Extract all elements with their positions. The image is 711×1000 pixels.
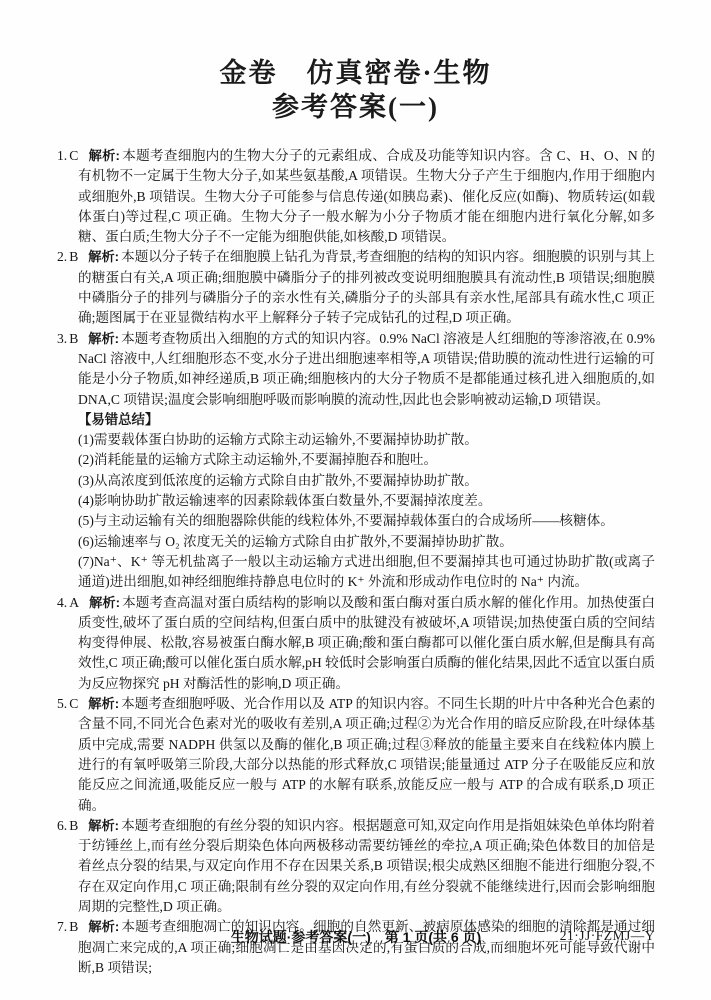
answer-item-6: 6.B解析:本题考查细胞的有丝分裂的知识内容。根据题意可知,双定向作用是指姐妹染… (57, 816, 655, 917)
analysis-label: 解析: (88, 696, 119, 711)
page-header: 金卷 仿真密卷·生物 参考答案(一) (0, 0, 711, 125)
answer-item-2: 2.B解析:本题以分子转子在细胞膜上钻孔为背景,考查细胞的结构的知识内容。细胞膜… (57, 247, 655, 328)
analysis-text: 本题以分子转子在细胞膜上钻孔为背景,考查细胞的结构的知识内容。细胞膜的识别与其上… (78, 249, 655, 325)
analysis-text: 本题考查高温对蛋白质结构的影响以及酸和蛋白酶对蛋白质水解的催化作用。加热使蛋白质… (78, 595, 655, 691)
analysis-label: 解析: (88, 331, 119, 346)
question-number: 3. (57, 331, 67, 346)
answer-letter: B (69, 249, 78, 264)
answer-item-3: 3.B解析:本题考查物质出入细胞的方式的知识内容。0.9% NaCl 溶液是人红… (57, 329, 655, 410)
question-number: 5. (57, 696, 67, 711)
analysis-text: 本题考查细胞的有丝分裂的知识内容。根据题意可知,双定向作用是指姐妹染色单体均附着… (78, 818, 655, 914)
footer-page-label: 第 1 页(共 6 页) (385, 929, 481, 945)
answer-item-5: 5.C解析:本题考查细胞呼吸、光合作用以及 ATP 的知识内容。不同生长期的叶片… (57, 694, 655, 816)
error-summary-line-2: (2)消耗能量的运输方式除主动运输外,不要漏掉胞吞和胞吐。 (78, 450, 655, 470)
analysis-text: 本题考查物质出入细胞的方式的知识内容。0.9% NaCl 溶液是人红细胞的等渗溶… (78, 331, 655, 407)
answers-content: 1.C解析:本题考查细胞内的生物大分子的元素组成、合成及功能等知识内容。含 C、… (57, 146, 655, 978)
question-number: 2. (57, 249, 67, 264)
page-footer: 生物试题·参考答案(一)第 1 页(共 6 页) 21·JJ·FZMJ—Y (57, 927, 655, 949)
analysis-label: 解析: (88, 818, 119, 833)
error-summary-line-1: (1)需要载体蛋白协助的运输方式除主动运输外,不要漏掉协助扩散。 (78, 430, 655, 450)
answer-letter: B (69, 818, 78, 833)
page-title-line1: 金卷 仿真密卷·生物 (0, 56, 711, 90)
answer-letter: C (69, 148, 78, 163)
error-summary: 【易错总结】 (1)需要载体蛋白协助的运输方式除主动运输外,不要漏掉协助扩散。 … (78, 410, 655, 593)
error-summary-line-6: (6)运输速率与 O₂ 浓度无关的运输方式除自由扩散外,不要漏掉协助扩散。 (78, 532, 655, 552)
answer-item-1: 1.C解析:本题考查细胞内的生物大分子的元素组成、合成及功能等知识内容。含 C、… (57, 146, 655, 247)
answer-letter: C (69, 696, 78, 711)
question-number: 4. (57, 595, 67, 610)
answer-letter: B (69, 331, 78, 346)
document-page: 金卷 仿真密卷·生物 参考答案(一) 1.C解析:本题考查细胞内的生物大分子的元… (0, 0, 711, 1000)
analysis-label: 解析: (88, 148, 120, 163)
page-title-line2: 参考答案(一) (0, 90, 711, 125)
analysis-label: 解析: (88, 249, 119, 264)
error-summary-heading: 【易错总结】 (78, 410, 655, 430)
answer-item-4: 4.A解析:本题考查高温对蛋白质结构的影响以及酸和蛋白酶对蛋白质水解的催化作用。… (57, 593, 655, 694)
footer-doc-label: 生物试题·参考答案(一) (231, 929, 371, 945)
footer-paper-code: 21·JJ·FZMJ—Y (560, 928, 655, 944)
analysis-text: 本题考查细胞呼吸、光合作用以及 ATP 的知识内容。不同生长期的叶片中各种光合色… (78, 696, 655, 812)
error-summary-line-4: (4)影响协助扩散运输速率的因素除载体蛋白数量外,不要漏掉浓度差。 (78, 491, 655, 511)
answer-letter: A (69, 595, 79, 610)
question-number: 1. (57, 148, 67, 163)
error-summary-line-3: (3)从高浓度到低浓度的运输方式除自由扩散外,不要漏掉协助扩散。 (78, 471, 655, 491)
analysis-text: 本题考查细胞内的生物大分子的元素组成、合成及功能等知识内容。含 C、H、O、N … (78, 148, 655, 244)
error-summary-line-7: (7)Na⁺、K⁺ 等无机盐离子一般以主动运输方式进出细胞,但不要漏掉其也可通过… (78, 552, 655, 593)
question-number: 6. (57, 818, 67, 833)
error-summary-line-5: (5)与主动运输有关的细胞器除供能的线粒体外,不要漏掉载体蛋白的合成场所——核糖… (78, 511, 655, 531)
analysis-label: 解析: (89, 595, 120, 610)
